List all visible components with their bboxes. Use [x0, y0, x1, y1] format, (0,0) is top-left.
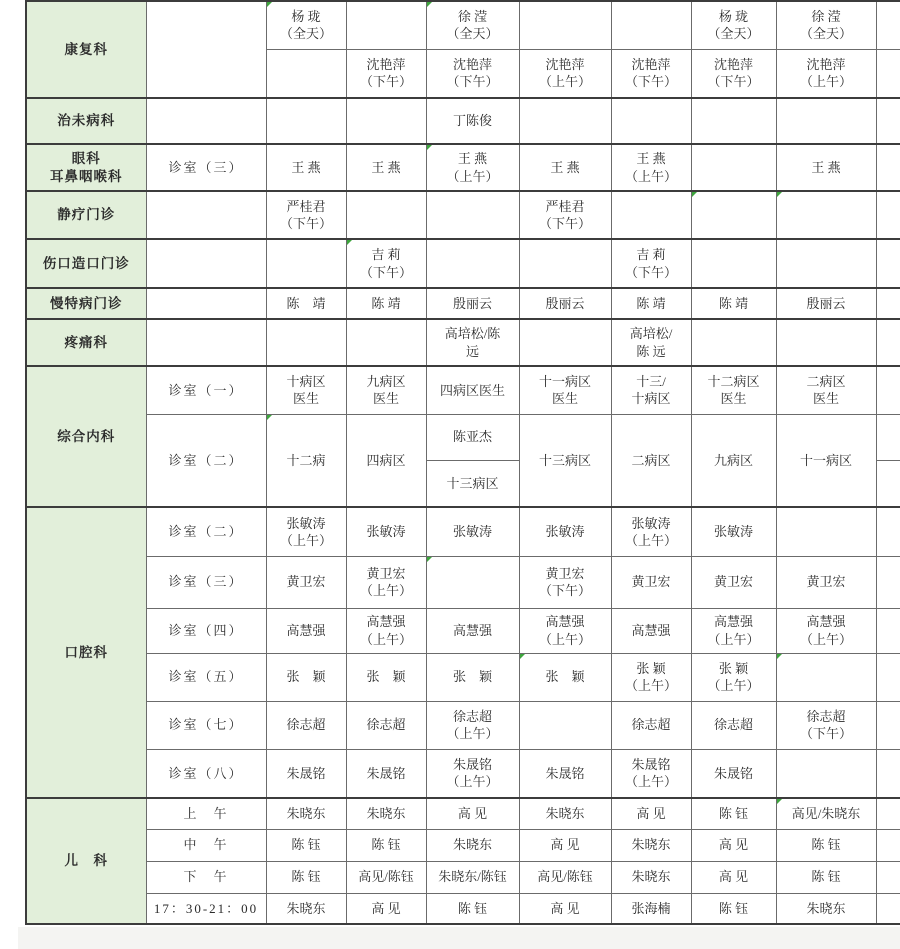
cut-edge-cell: [876, 608, 900, 653]
schedule-cell: 高慧强 （上午）: [346, 608, 426, 653]
schedule-cell: 张 颖: [519, 653, 611, 701]
schedule-cell: 徐 滢 （全天）: [776, 1, 876, 49]
schedule-cell: 沈艳萍 （下午）: [691, 49, 776, 98]
schedule-cell: 九病区 医生: [346, 366, 426, 414]
schedule-cell: 高慧强: [266, 608, 346, 653]
schedule-cell: 王 燕 （上午）: [611, 144, 691, 191]
cut-edge-cell: [876, 653, 900, 701]
schedule-cell: 高 见: [691, 829, 776, 861]
cut-edge-cell: [876, 191, 900, 239]
room-cell: 诊室（八）: [146, 749, 266, 798]
cut-edge-cell: [876, 798, 900, 829]
schedule-cell: 陈 钰: [426, 893, 519, 924]
cell-corner-marker-icon: [427, 2, 432, 7]
schedule-cell: [266, 98, 346, 144]
room-cell: [146, 239, 266, 288]
schedule-cell: 黄卫宏: [266, 556, 346, 608]
weekly-schedule-table: 康复科杨 珑 （全天）徐 滢 （全天）杨 珑 （全天）徐 滢 （全天）沈艳萍 （…: [25, 0, 900, 925]
schedule-cell: 朱晟铭: [266, 749, 346, 798]
schedule-cell: [519, 98, 611, 144]
schedule-cell: 十一病区: [776, 414, 876, 507]
schedule-cell: [691, 239, 776, 288]
room-cell: 诊室（五）: [146, 653, 266, 701]
cut-edge-cell: [876, 1, 900, 49]
schedule-cell: [519, 1, 611, 49]
schedule-cell: 徐志超: [346, 701, 426, 749]
schedule-cell: [776, 749, 876, 798]
schedule-cell: [266, 319, 346, 366]
schedule-cell: 高培松/陈 远: [426, 319, 519, 366]
room-cell: [146, 319, 266, 366]
schedule-cell: [346, 1, 426, 49]
schedule-cell: 黄卫宏: [691, 556, 776, 608]
schedule-cell: 高 见: [346, 893, 426, 924]
schedule-cell: 张敏涛: [346, 507, 426, 556]
schedule-cell: 十二病区 医生: [691, 366, 776, 414]
page-background-strip: [18, 927, 900, 949]
schedule-cell: 张 颖: [266, 653, 346, 701]
schedule-cell: 陈 钰: [776, 829, 876, 861]
cut-edge-cell: [876, 861, 900, 893]
schedule-cell: 陈 钰: [691, 893, 776, 924]
schedule-cell: [776, 239, 876, 288]
cut-edge-cell: [876, 319, 900, 366]
schedule-cell: 朱晟铭: [346, 749, 426, 798]
schedule-cell: 徐志超 （上午）: [426, 701, 519, 749]
cell-corner-marker-icon: [777, 799, 782, 804]
schedule-cell: 陈 靖: [266, 288, 346, 319]
room-cell: [146, 288, 266, 319]
schedule-cell: 陈 钰: [346, 829, 426, 861]
room-cell: [146, 191, 266, 239]
schedule-cell: 王 燕: [776, 144, 876, 191]
department-cell: 康复科: [26, 1, 146, 98]
schedule-cell: 高慧强 （上午）: [776, 608, 876, 653]
schedule-cell: 王 燕 （上午）: [426, 144, 519, 191]
schedule-cell: [611, 98, 691, 144]
schedule-cell: 殷丽云: [519, 288, 611, 319]
schedule-cell: [776, 98, 876, 144]
schedule-cell: 朱晓东: [611, 861, 691, 893]
schedule-cell: 二病区: [611, 414, 691, 507]
room-cell: [146, 1, 266, 98]
schedule-cell: 朱晓东: [776, 893, 876, 924]
schedule-cell: 张 颖 （上午）: [691, 653, 776, 701]
department-cell: 静疗门诊: [26, 191, 146, 239]
schedule-cell: [519, 319, 611, 366]
schedule-cell: [519, 701, 611, 749]
schedule-cell: [519, 239, 611, 288]
room-cell: [146, 98, 266, 144]
schedule-cell: 高见/陈钰: [346, 861, 426, 893]
schedule-cell: [426, 239, 519, 288]
room-cell: 中 午: [146, 829, 266, 861]
schedule-cell: 陈 靖: [611, 288, 691, 319]
schedule-cell: 严桂君 （下午）: [266, 191, 346, 239]
schedule-cell: 黄卫宏 （上午）: [346, 556, 426, 608]
schedule-cell: [776, 191, 876, 239]
schedule-cell: [346, 319, 426, 366]
cut-edge-cell: [876, 701, 900, 749]
cell-corner-marker-icon: [520, 654, 525, 659]
cut-edge-cell: [876, 556, 900, 608]
schedule-cell: [776, 319, 876, 366]
schedule-cell: [266, 49, 346, 98]
cut-edge-cell: [876, 366, 900, 414]
schedule-cell: 十三/ 十病区: [611, 366, 691, 414]
cut-edge-cell: [876, 893, 900, 924]
cell-corner-marker-icon: [427, 557, 432, 562]
cell-corner-marker-icon: [267, 2, 272, 7]
schedule-cell: 严桂君 （下午）: [519, 191, 611, 239]
schedule-cell: 四病区医生: [426, 366, 519, 414]
department-cell: 口腔科: [26, 507, 146, 798]
schedule-cell: 张海楠: [611, 893, 691, 924]
schedule-cell: 沈艳萍 （下午）: [346, 49, 426, 98]
schedule-cell: 徐志超: [266, 701, 346, 749]
schedule-cell: 沈艳萍 （下午）: [426, 49, 519, 98]
department-cell: 儿 科: [26, 798, 146, 924]
schedule-cell: 王 燕: [266, 144, 346, 191]
department-cell: 伤口造口门诊: [26, 239, 146, 288]
cut-edge-cell: [876, 414, 900, 460]
schedule-cell: 朱晓东: [426, 829, 519, 861]
cell-corner-marker-icon: [267, 415, 272, 420]
schedule-cell: 九病区: [691, 414, 776, 507]
schedule-cell: [346, 98, 426, 144]
schedule-cell: 张 颖: [346, 653, 426, 701]
schedule-cell: [611, 1, 691, 49]
schedule-cell: 陈亚杰: [426, 414, 519, 460]
schedule-cell: 陈 钰: [266, 829, 346, 861]
room-cell: 诊室（二）: [146, 507, 266, 556]
cell-corner-marker-icon: [777, 192, 782, 197]
room-cell: 诊室（二）: [146, 414, 266, 507]
schedule-cell: 十三病区: [426, 460, 519, 507]
schedule-cell: 高 见: [611, 798, 691, 829]
schedule-cell: 张 颖: [426, 653, 519, 701]
cell-corner-marker-icon: [347, 240, 352, 245]
schedule-cell: [426, 556, 519, 608]
schedule-cell: 陈 钰: [266, 861, 346, 893]
schedule-cell: 徐志超: [611, 701, 691, 749]
schedule-cell: 黄卫宏 （下午）: [519, 556, 611, 608]
schedule-cell: 徐志超: [691, 701, 776, 749]
schedule-cell: 杨 珑 （全天）: [691, 1, 776, 49]
room-cell: 下 午: [146, 861, 266, 893]
schedule-cell: 高慧强 （上午）: [691, 608, 776, 653]
schedule-cell: 张敏涛: [519, 507, 611, 556]
cell-corner-marker-icon: [777, 654, 782, 659]
schedule-cell: 张敏涛 （上午）: [266, 507, 346, 556]
schedule-cell: [776, 653, 876, 701]
cell-corner-marker-icon: [692, 192, 697, 197]
cut-edge-cell: [876, 239, 900, 288]
schedule-cell: 高慧强 （上午）: [519, 608, 611, 653]
schedule-cell: 沈艳萍 （上午）: [776, 49, 876, 98]
room-cell: 诊室（三）: [146, 556, 266, 608]
schedule-cell: 高 见: [426, 798, 519, 829]
schedule-cell: 十二病: [266, 414, 346, 507]
schedule-cell: [776, 507, 876, 556]
schedule-cell: [691, 144, 776, 191]
cut-edge-cell: [876, 749, 900, 798]
schedule-cell: 朱晟铭 （上午）: [611, 749, 691, 798]
schedule-cell: 徐 滢 （全天）: [426, 1, 519, 49]
schedule-cell: [346, 191, 426, 239]
schedule-cell: 杨 珑 （全天）: [266, 1, 346, 49]
schedule-cell: 高慧强: [426, 608, 519, 653]
schedule-cell: 朱晓东: [266, 798, 346, 829]
cut-edge-cell: [876, 98, 900, 144]
schedule-cell: 吉 莉 （下午）: [611, 239, 691, 288]
room-cell: 诊室（七）: [146, 701, 266, 749]
schedule-cell: 朱晓东: [346, 798, 426, 829]
room-cell: 上 午: [146, 798, 266, 829]
cut-edge-cell: [876, 507, 900, 556]
schedule-cell: 朱晓东: [266, 893, 346, 924]
schedule-cell: [691, 191, 776, 239]
room-cell: 诊室（四）: [146, 608, 266, 653]
schedule-cell: 黄卫宏: [611, 556, 691, 608]
cut-edge-cell: [876, 49, 900, 98]
schedule-cell: 高培松/ 陈 远: [611, 319, 691, 366]
schedule-cell: 张 颖 （上午）: [611, 653, 691, 701]
room-cell: 诊室（一）: [146, 366, 266, 414]
schedule-cell: 朱晓东: [611, 829, 691, 861]
schedule-cell: [691, 98, 776, 144]
schedule-cell: 王 燕: [346, 144, 426, 191]
room-cell: 17：30-21：00: [146, 893, 266, 924]
schedule-cell: 黄卫宏: [776, 556, 876, 608]
schedule-cell: 高 见: [691, 861, 776, 893]
department-cell: 综合内科: [26, 366, 146, 507]
department-cell: 疼痛科: [26, 319, 146, 366]
department-cell: 治未病科: [26, 98, 146, 144]
schedule-cell: 吉 莉 （下午）: [346, 239, 426, 288]
schedule-cell: 丁陈俊: [426, 98, 519, 144]
schedule-cell: 沈艳萍 （下午）: [611, 49, 691, 98]
schedule-cell: 十病区 医生: [266, 366, 346, 414]
schedule-cell: 徐志超 （下午）: [776, 701, 876, 749]
schedule-cell: 十三病区: [519, 414, 611, 507]
schedule-cell: 陈 靖: [691, 288, 776, 319]
schedule-cell: 高 见: [519, 829, 611, 861]
schedule-cell: 朱晟铭: [519, 749, 611, 798]
schedule-cell: 王 燕: [519, 144, 611, 191]
schedule-cell: 十一病区 医生: [519, 366, 611, 414]
cell-corner-marker-icon: [427, 145, 432, 150]
schedule-cell: 陈 靖: [346, 288, 426, 319]
schedule-cell: 张敏涛: [691, 507, 776, 556]
schedule-cell: 张敏涛: [426, 507, 519, 556]
cut-edge-cell: [876, 288, 900, 319]
schedule-cell: 高见/陈钰: [519, 861, 611, 893]
schedule-cell: 高慧强: [611, 608, 691, 653]
schedule-cell: 殷丽云: [776, 288, 876, 319]
department-cell: 眼科 耳鼻咽喉科: [26, 144, 146, 191]
schedule-cell: [426, 191, 519, 239]
cut-edge-cell: [876, 829, 900, 861]
schedule-cell: [691, 319, 776, 366]
schedule-cell: 高见/朱晓东: [776, 798, 876, 829]
schedule-cell: 二病区 医生: [776, 366, 876, 414]
department-cell: 慢特病门诊: [26, 288, 146, 319]
schedule-cell: 四病区: [346, 414, 426, 507]
schedule-cell: 朱晟铭: [691, 749, 776, 798]
schedule-sheet: 康复科杨 珑 （全天）徐 滢 （全天）杨 珑 （全天）徐 滢 （全天）沈艳萍 （…: [0, 0, 900, 949]
schedule-cell: 沈艳萍 （上午）: [519, 49, 611, 98]
room-cell: 诊室（三）: [146, 144, 266, 191]
schedule-cell: 朱晓东/陈钰: [426, 861, 519, 893]
schedule-cell: 朱晓东: [519, 798, 611, 829]
schedule-cell: 张敏涛 （上午）: [611, 507, 691, 556]
schedule-cell: [611, 191, 691, 239]
schedule-cell: 朱晟铭 （上午）: [426, 749, 519, 798]
cut-edge-cell: [876, 460, 900, 507]
schedule-cell: 陈 钰: [776, 861, 876, 893]
schedule-cell: 陈 钰: [691, 798, 776, 829]
schedule-cell: [266, 239, 346, 288]
cut-edge-cell: [876, 144, 900, 191]
schedule-cell: 殷丽云: [426, 288, 519, 319]
schedule-cell: 高 见: [519, 893, 611, 924]
